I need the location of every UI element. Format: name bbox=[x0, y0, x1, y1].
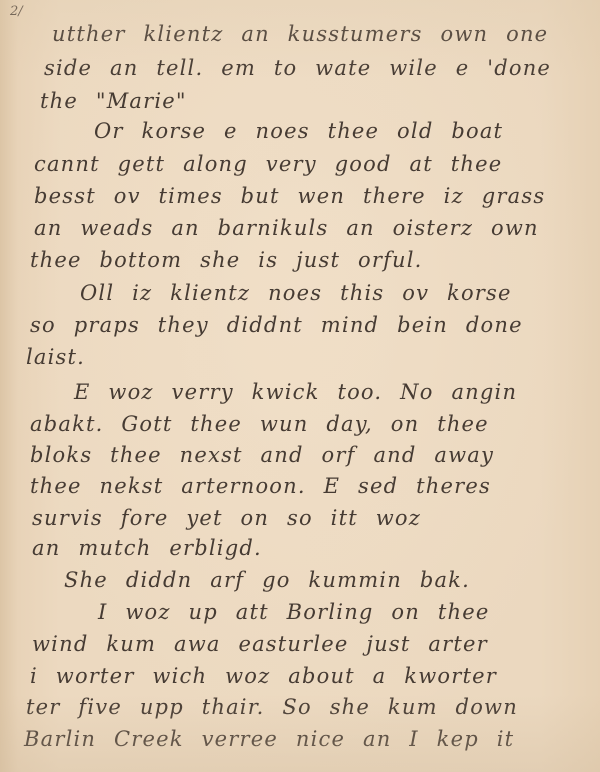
text-line: laist. bbox=[26, 345, 85, 369]
text-line: She diddn arf go kummin bak. bbox=[64, 568, 470, 592]
text-line: Or korse e noes thee old boat bbox=[94, 119, 503, 143]
text-line: bloks thee nexst and orf and away bbox=[30, 443, 494, 467]
text-line: besst ov times but wen there iz grass bbox=[34, 184, 545, 208]
text-line: I woz up att Borling on thee bbox=[98, 600, 490, 624]
text-line: side an tell. em to wate wile e 'done bbox=[44, 56, 551, 80]
handwritten-page: 2/ utther klientz an kusstumers own ones… bbox=[0, 0, 600, 772]
page-number: 2/ bbox=[10, 4, 23, 19]
text-line: utther klientz an kusstumers own one bbox=[52, 22, 548, 46]
text-line: survis fore yet on so itt woz bbox=[32, 506, 421, 530]
text-line: thee bottom she is just orful. bbox=[30, 248, 423, 272]
text-line: abakt. Gott thee wun day, on thee bbox=[30, 412, 489, 436]
text-line: an weads an barnikuls an oisterz own bbox=[34, 216, 539, 240]
text-line: an mutch erbligd. bbox=[32, 536, 262, 560]
text-line: E woz verry kwick too. No angin bbox=[74, 380, 517, 404]
text-line: Barlin Creek verree nice an I kep it bbox=[24, 727, 514, 751]
text-line: ter five upp thair. So she kum down bbox=[26, 695, 518, 719]
text-line: thee nekst arternoon. E sed theres bbox=[30, 474, 491, 498]
text-line: cannt gett along very good at thee bbox=[34, 152, 502, 176]
text-line: so praps they diddnt mind bein done bbox=[30, 313, 523, 337]
text-line: i worter wich woz about a kworter bbox=[30, 664, 497, 688]
text-line: the "Marie" bbox=[40, 89, 187, 113]
text-line: wind kum awa easturlee just arter bbox=[32, 632, 488, 656]
text-line: Oll iz klientz noes this ov korse bbox=[80, 281, 512, 305]
